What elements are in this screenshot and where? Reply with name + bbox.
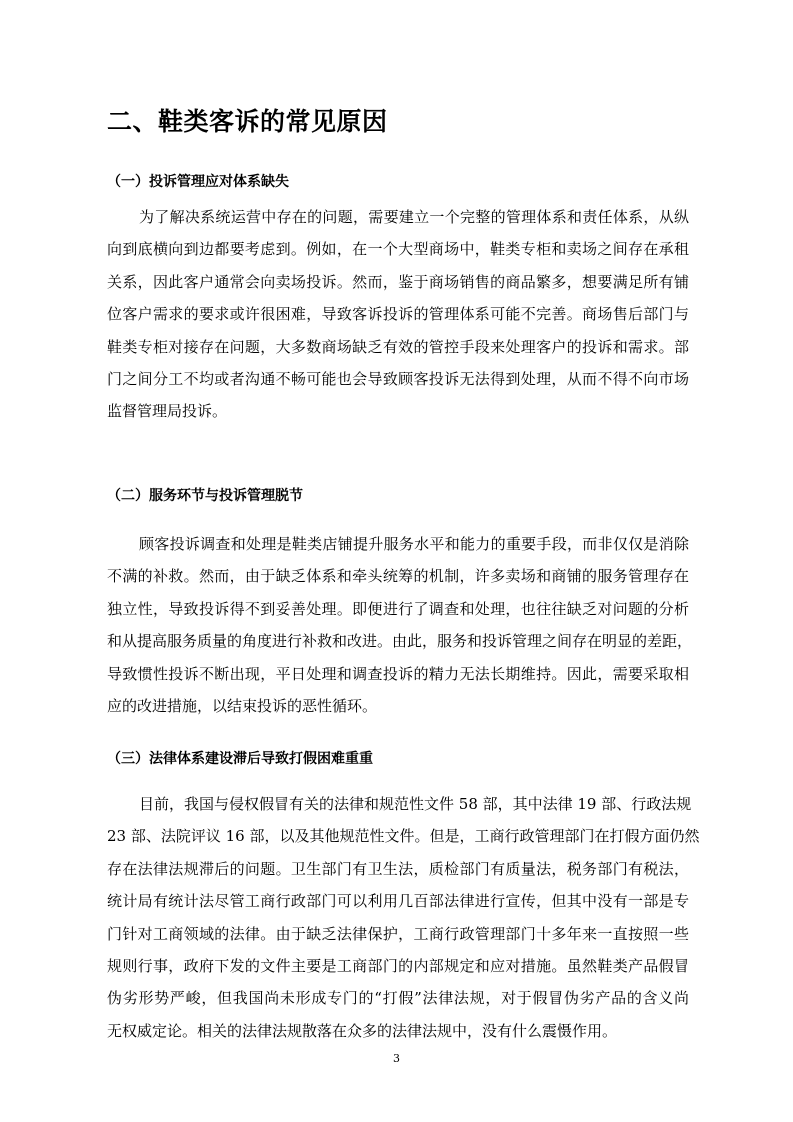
paragraph-line: 不满的补救。然而，由于缺乏体系和牵头统筹的机制，许多卖场和商铺的服务管理存在 xyxy=(107,560,689,592)
paragraph-line: 顾客投诉调查和处理是鞋类店铺提升服务水平和能力的重要手段，而非仅仅是消除 xyxy=(107,528,689,560)
paragraph-line: 关系，因此客户通常会向卖场投诉。然而，鉴于商场销售的商品繁多，想要满足所有铺 xyxy=(107,266,689,298)
paragraph-line: 应的改进措施，以结束投诉的恶性循环。 xyxy=(107,690,689,722)
page-number: 3 xyxy=(0,1052,793,1065)
chapter-title: 二、鞋类客诉的常见原因 xyxy=(107,102,388,138)
section-3-paragraph: 目前，我国与侵权假冒有关的法律和规范性文件 58 部，其中法律 19 部、行政法… xyxy=(107,788,689,1047)
section-2-paragraph: 顾客投诉调查和处理是鞋类店铺提升服务水平和能力的重要手段，而非仅仅是消除 不满的… xyxy=(107,528,689,722)
paragraph-line: 规则行事，政府下发的文件主要是工商部门的内部规定和应对措施。虽然鞋类产品假冒 xyxy=(107,950,689,982)
paragraph-line: 存在法律法规滞后的问题。卫生部门有卫生法，质检部门有质量法，税务部门有税法， xyxy=(107,853,689,885)
paragraph-line: 门之间分工不均或者沟通不畅可能也会导致顾客投诉无法得到处理，从而不得不向市场 xyxy=(107,363,689,395)
paragraph-line: 伪劣形势严峻，但我国尚未形成专门的“打假”法律法规，对于假冒伪劣产品的含义尚 xyxy=(107,982,689,1014)
section-1-heading: （一）投诉管理应对体系缺失 xyxy=(107,171,289,191)
section-1-paragraph: 为了解决系统运营中存在的问题，需要建立一个完整的管理体系和责任体系，从纵 向到底… xyxy=(107,201,689,428)
section-3-heading: （三）法律体系建设滞后导致打假困难重重 xyxy=(107,748,373,768)
paragraph-line: 目前，我国与侵权假冒有关的法律和规范性文件 58 部，其中法律 19 部、行政法… xyxy=(107,788,689,820)
paragraph-line: 为了解决系统运营中存在的问题，需要建立一个完整的管理体系和责任体系，从纵 xyxy=(107,201,689,233)
document-page: 二、鞋类客诉的常见原因 （一）投诉管理应对体系缺失 为了解决系统运营中存在的问题… xyxy=(0,0,793,1122)
paragraph-line: 无权威定论。相关的法律法规散落在众多的法律法规中，没有什么震慑作用。 xyxy=(107,1015,689,1047)
paragraph-line: 监督管理局投诉。 xyxy=(107,395,689,427)
paragraph-line: 独立性，导致投诉得不到妥善处理。即便进行了调查和处理，也往往缺乏对问题的分析 xyxy=(107,593,689,625)
paragraph-line: 鞋类专柜对接存在问题，大多数商场缺乏有效的管控手段来处理客户的投诉和需求。部 xyxy=(107,331,689,363)
paragraph-line: 23 部、法院评议 16 部，以及其他规范性文件。但是，工商行政管理部门在打假方… xyxy=(107,820,689,852)
paragraph-line: 和从提高服务质量的角度进行补救和改进。由此，服务和投诉管理之间存在明显的差距， xyxy=(107,625,689,657)
section-2-heading: （二）服务环节与投诉管理脱节 xyxy=(107,485,303,505)
paragraph-line: 向到底横向到边都要考虑到。例如，在一个大型商场中，鞋类专柜和卖场之间存在承租 xyxy=(107,233,689,265)
paragraph-line: 统计局有统计法尽管工商行政部门可以利用几百部法律进行宣传，但其中没有一部是专 xyxy=(107,885,689,917)
paragraph-line: 导致惯性投诉不断出现，平日处理和调查投诉的精力无法长期维持。因此，需要采取相 xyxy=(107,658,689,690)
paragraph-line: 位客户需求的要求或许很困难，导致客诉投诉的管理体系可能不完善。商场售后部门与 xyxy=(107,298,689,330)
paragraph-line: 门针对工商领域的法律。由于缺乏法律保护，工商行政管理部门十多年来一直按照一些 xyxy=(107,918,689,950)
